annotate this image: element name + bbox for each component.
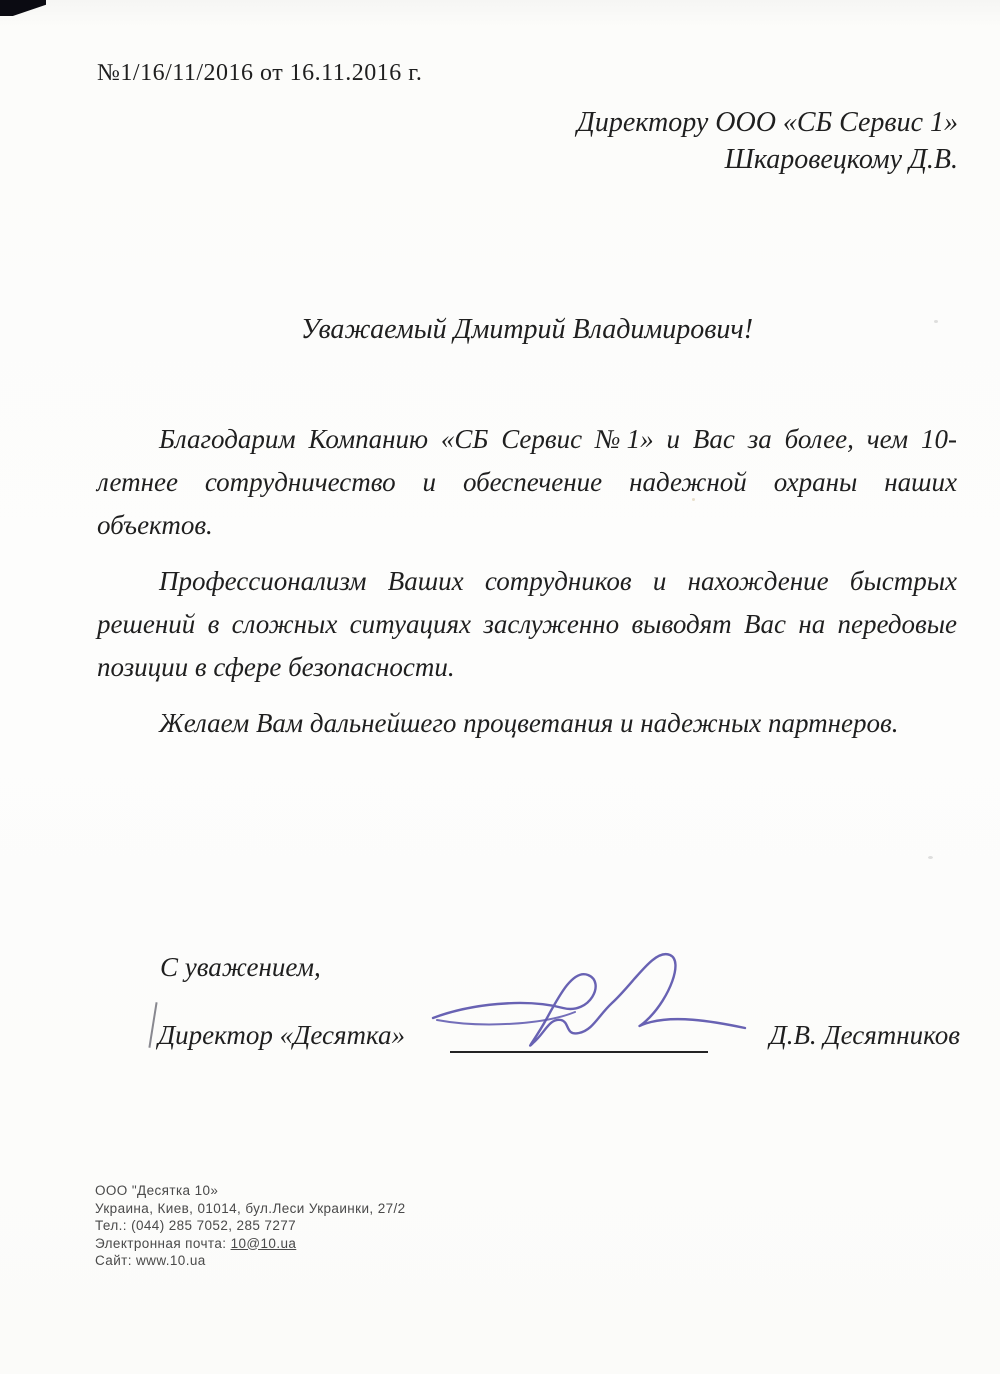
footer-email-label: Электронная почта: [95,1236,231,1251]
scan-speck [928,856,933,859]
closing-phrase: С уважением, [160,952,321,983]
paragraph-2: Профессионализм Ваших сотрудников и нахо… [97,560,957,689]
letter-body: Благодарим Компанию «СБ Сервис №1» и Вас… [97,418,957,758]
paragraph-1: Благодарим Компанию «СБ Сервис №1» и Вас… [97,418,957,547]
footer-address: Украина, Киев, 01014, бул.Леси Украинки,… [95,1200,406,1218]
scanner-corner-artifact [0,0,46,16]
footer-site: Сайт: www.10.ua [95,1252,406,1270]
addressee-block: Директору ООО «СБ Сервис 1» Шкаровецкому… [577,104,958,178]
pen-stray-mark [148,1002,157,1048]
paragraph-3: Желаем Вам дальнейшего процветания и над… [97,702,957,745]
scan-speck [934,320,938,323]
footer-email-link: 10@10.ua [231,1236,297,1251]
footer-email-line: Электронная почта: 10@10.ua [95,1235,406,1253]
scan-speck [692,498,695,501]
signer-title: Директор «Десятка» [158,1020,405,1051]
addressee-line-2: Шкаровецкому Д.В. [577,141,958,178]
reference-number: №1/16/11/2016 от 16.11.2016 г. [97,60,422,87]
footer-phone: Тел.: (044) 285 7052, 285 7277 [95,1217,406,1235]
company-footer: ООО "Десятка 10» Украина, Киев, 01014, б… [95,1182,406,1270]
footer-company: ООО "Десятка 10» [95,1182,406,1200]
handwritten-signature [425,948,760,1063]
addressee-line-1: Директору ООО «СБ Сервис 1» [577,104,958,141]
salutation: Уважаемый Дмитрий Владимирович! [97,314,957,346]
scanned-letter-page: №1/16/11/2016 от 16.11.2016 г. Директору… [0,0,1000,1374]
signer-name: Д.В. Десятников [728,1020,960,1051]
